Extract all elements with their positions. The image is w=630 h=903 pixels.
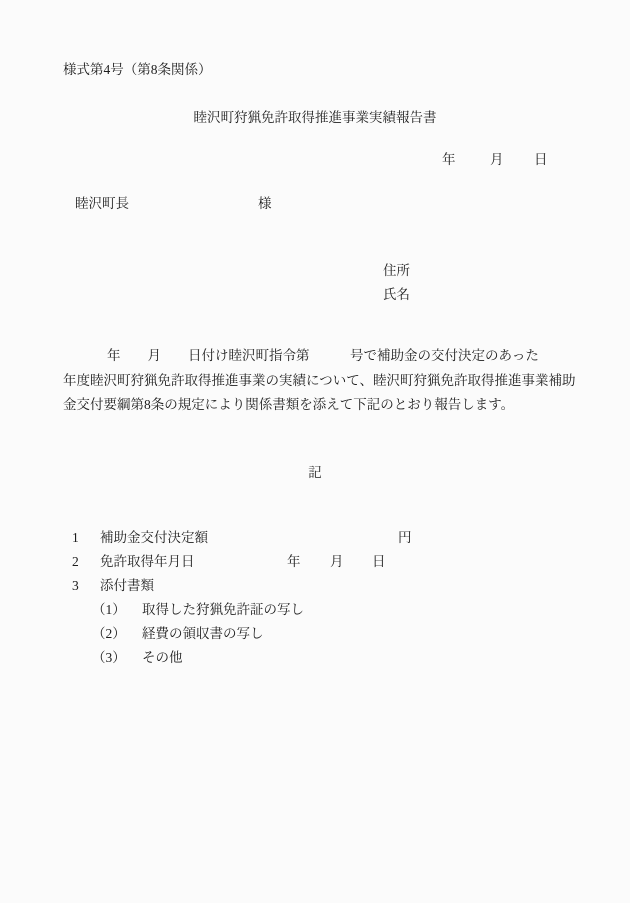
date-day-label: 日 xyxy=(534,152,548,169)
applicant-name-label: 氏名 xyxy=(383,287,410,304)
page-title: 睦沢町狩猟免許取得推進事業実績報告書 xyxy=(0,110,630,127)
item-3-label: 添付書類 xyxy=(100,578,154,595)
document-page: 様式第4号（第8条関係） 睦沢町狩猟免許取得推進事業実績報告書 年 月 日 睦沢… xyxy=(0,0,630,903)
body-paragraph-line-3: 金交付要綱第8条の規定により関係書類を添えて下記のとおり報告します。 xyxy=(63,397,514,414)
subitem-2-number: （2） xyxy=(92,626,126,643)
item-2-year-label: 年 xyxy=(287,554,301,571)
addressee-honorific: 様 xyxy=(258,196,272,213)
date-month-label: 月 xyxy=(490,152,504,169)
applicant-address-label: 住所 xyxy=(383,263,410,280)
form-number: 様式第4号（第8条関係） xyxy=(63,62,212,79)
item-2-label: 免許取得年月日 xyxy=(100,554,195,571)
subitem-2-label: 経費の領収書の写し xyxy=(142,626,264,643)
item-1-label: 補助金交付決定額 xyxy=(100,530,208,547)
addressee-name: 睦沢町長 xyxy=(75,196,129,213)
item-2-month-label: 月 xyxy=(330,554,344,571)
ki-separator: 記 xyxy=(0,465,630,482)
body-paragraph-line-1: 年 月 日付け睦沢町指令第 号で補助金の交付決定のあった xyxy=(107,348,539,365)
item-1-unit: 円 xyxy=(398,530,412,547)
item-3-number: 3 xyxy=(72,578,79,595)
subitem-3-label: その他 xyxy=(142,650,183,667)
subitem-1-number: （1） xyxy=(92,602,126,619)
body-paragraph-line-2: 年度睦沢町狩猟免許取得推進事業の実績について、睦沢町狩猟免許取得推進事業補助 xyxy=(63,373,575,390)
item-2-day-label: 日 xyxy=(372,554,386,571)
item-1-number: 1 xyxy=(72,530,79,547)
date-year-label: 年 xyxy=(442,152,456,169)
subitem-1-label: 取得した狩猟免許証の写し xyxy=(142,602,304,619)
subitem-3-number: （3） xyxy=(92,650,126,667)
item-2-number: 2 xyxy=(72,554,79,571)
